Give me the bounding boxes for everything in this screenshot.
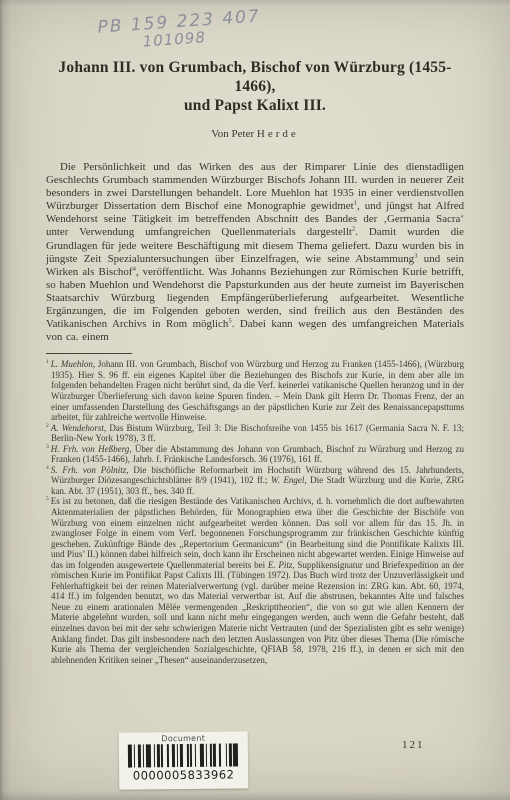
footnote-3: 3H. Frh. von Heßberg, Über die Abstammun…: [46, 444, 464, 465]
scanned-page: PB 159 223 407 101098 Johann III. von Gr…: [0, 0, 510, 800]
barcode-number: 0000005833962: [119, 767, 248, 782]
barcode-label: Document: [119, 733, 248, 743]
main-paragraph: Die Persönlichkeit und das Wirken des au…: [46, 161, 464, 344]
byline: Von Peter Herde: [46, 128, 464, 140]
footnote-separator: [46, 353, 132, 354]
byline-author: Herde: [257, 128, 299, 140]
article-title: Johann III. von Grumbach, Bischof von Wü…: [46, 58, 464, 115]
page-number: 121: [402, 739, 425, 751]
footnotes: 1L. Muehlon, Johann III. von Grumbach, B…: [46, 359, 464, 665]
page-content: Johann III. von Grumbach, Bischof von Wü…: [46, 0, 464, 665]
article-title-line1: Johann III. von Grumbach, Bischof von Wü…: [46, 58, 464, 96]
footnote-5: 5Es ist zu betonen, daß die riesigen Bes…: [46, 496, 464, 665]
byline-prefix: Von Peter: [211, 128, 254, 140]
footnote-1: 1L. Muehlon, Johann III. von Grumbach, B…: [46, 359, 464, 422]
footnote-2: 2A. Wendehorst, Das Bistum Würzburg, Tei…: [46, 423, 464, 444]
barcode-bars-icon: [127, 743, 239, 767]
footnote-4: 4S. Frh. von Pölnitz, Die bischöfliche R…: [46, 465, 464, 497]
article-title-line2: und Papst Kalixt III.: [46, 96, 464, 115]
barcode-sticker: Document 0000005833962: [119, 731, 249, 789]
